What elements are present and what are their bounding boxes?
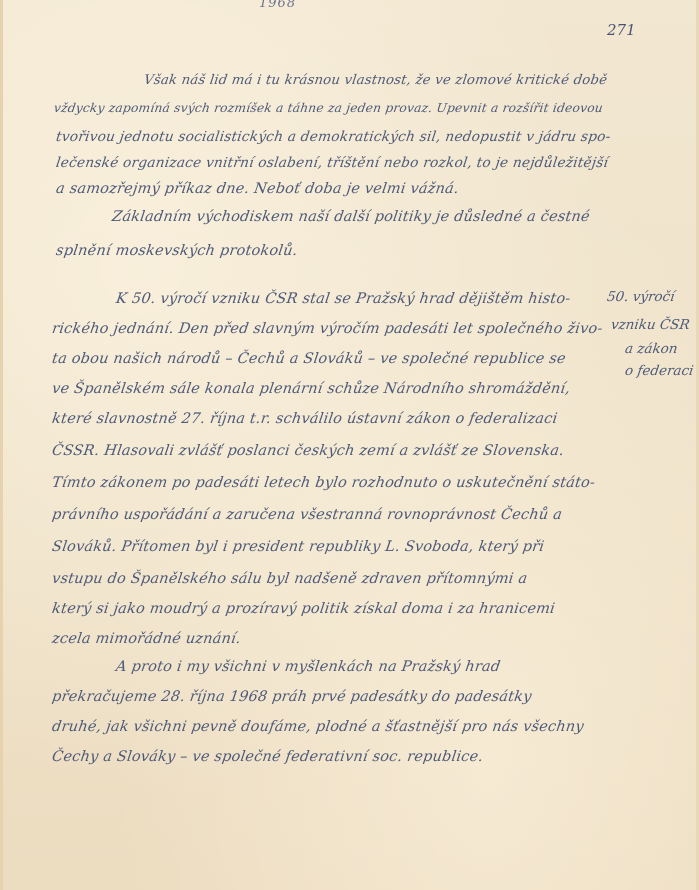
text-line: druhé, jak všichni pevně doufáme, plodné…: [51, 719, 585, 735]
text-line: A proto i my všichni v myšlenkách na Pra…: [115, 659, 501, 675]
text-line: ta obou našich národů – Čechů a Slováků …: [51, 351, 567, 367]
text-line: Čechy a Slováky – ve společné federativn…: [51, 749, 484, 765]
text-line: zcela mimořádné uznání.: [51, 631, 242, 647]
text-line: Základním východiskem naší další politik…: [111, 209, 591, 225]
text-line: právního uspořádání a zaručena všestrann…: [51, 507, 563, 523]
margin-note-line: vzniku ČSR: [610, 317, 691, 333]
text-line: vstupu do Španělského sálu byl nadšeně z…: [51, 571, 528, 587]
chronicle-page: 1968 271 Však náš lid má i tu krásnou vl…: [0, 0, 699, 890]
text-line: překračujeme 28. října 1968 práh prvé pa…: [51, 689, 533, 705]
margin-note-line: 50. výročí: [606, 289, 676, 305]
text-line: a samozřejmý příkaz dne. Neboť doba je v…: [55, 181, 460, 197]
page-year: 1968: [259, 0, 296, 11]
text-line: Slováků. Přítomen byl i president republ…: [51, 539, 545, 555]
text-line: K 50. výročí vzniku ČSR stal se Pražský …: [115, 291, 572, 307]
text-line: splnění moskevských protokolů.: [55, 243, 299, 259]
text-line: Tímto zákonem po padesáti letech bylo ro…: [51, 475, 596, 491]
text-line: které slavnostně 27. října t.r. schválil…: [51, 411, 558, 427]
page-number: 271: [607, 21, 636, 39]
text-line: ve Španělském sále konala plenární schůz…: [51, 381, 571, 397]
text-line: lečenské organizace vnitřní oslabení, tř…: [55, 155, 609, 171]
text-line: tvořivou jednotu socialistických a demok…: [55, 129, 612, 145]
margin-note-line: a zákon: [624, 341, 679, 357]
text-line: který si jako moudrý a prozíravý politik…: [51, 601, 556, 617]
text-line: vždycky zapomíná svých rozmíšek a táhne …: [53, 101, 604, 115]
text-line: rického jednání. Den před slavným výročí…: [51, 321, 604, 337]
margin-note-line: o federaci: [624, 363, 695, 379]
text-line: Však náš lid má i tu krásnou vlastnost, …: [143, 73, 608, 88]
text-line: ČSSR. Hlasovali zvlášť poslanci českých …: [51, 443, 565, 459]
